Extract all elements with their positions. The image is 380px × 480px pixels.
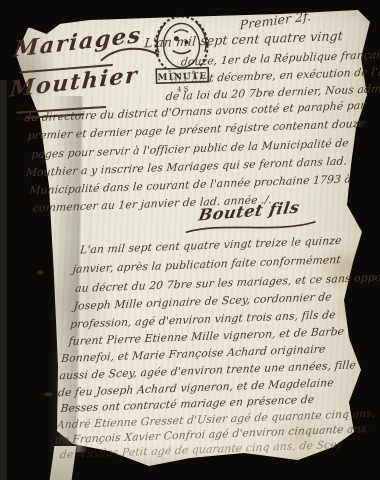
stamp-banner-text: MINUTE (157, 72, 207, 83)
ink-blot (37, 270, 44, 274)
manuscript-content: Mariages Mouthier Premier 2f. L'an mil s… (0, 0, 380, 480)
official-stamp-icon: MINUTE 4 S (150, 12, 216, 96)
scan-background: Mariages Mouthier Premier 2f. L'an mil s… (0, 0, 380, 480)
stamp-sub-text: 4 S (177, 85, 189, 93)
ink-blot (44, 392, 53, 396)
manuscript-line: janvier, après la publication faite conf… (72, 253, 341, 276)
